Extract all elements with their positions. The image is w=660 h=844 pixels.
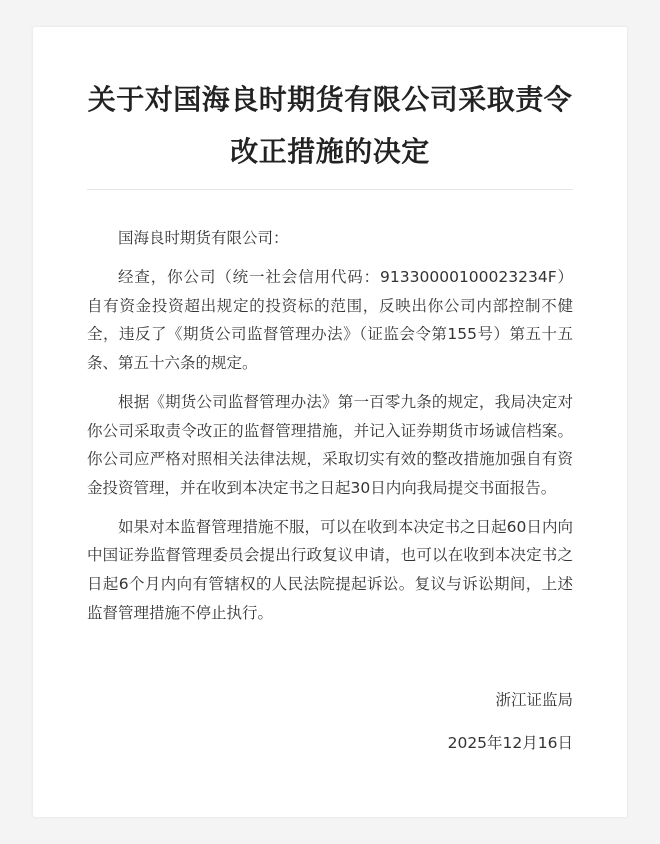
title-divider [87, 189, 573, 190]
paragraph-appeal-rights: 如果对本监督管理措施不服，可以在收到本决定书之日起60日内向中国证券监督管理委员… [87, 513, 573, 627]
issuer-signature: 浙江证监局 [87, 686, 573, 714]
issue-date: 2025年12月16日 [87, 729, 573, 757]
document-card: 关于对国海良时期货有限公司采取责令改正措施的决定 国海良时期货有限公司： 经查，… [33, 27, 627, 817]
paragraph-findings: 经查，你公司（统一社会信用代码：91330000100023234F）自有资金投… [87, 263, 573, 377]
document-title: 关于对国海良时期货有限公司采取责令改正措施的决定 [87, 74, 573, 178]
document-body: 国海良时期货有限公司： 经查，你公司（统一社会信用代码：913300001000… [87, 224, 573, 638]
paragraph-decision: 根据《期货公司监督管理办法》第一百零九条的规定，我局决定对你公司采取责令改正的监… [87, 388, 573, 502]
salutation: 国海良时期货有限公司： [87, 224, 573, 253]
